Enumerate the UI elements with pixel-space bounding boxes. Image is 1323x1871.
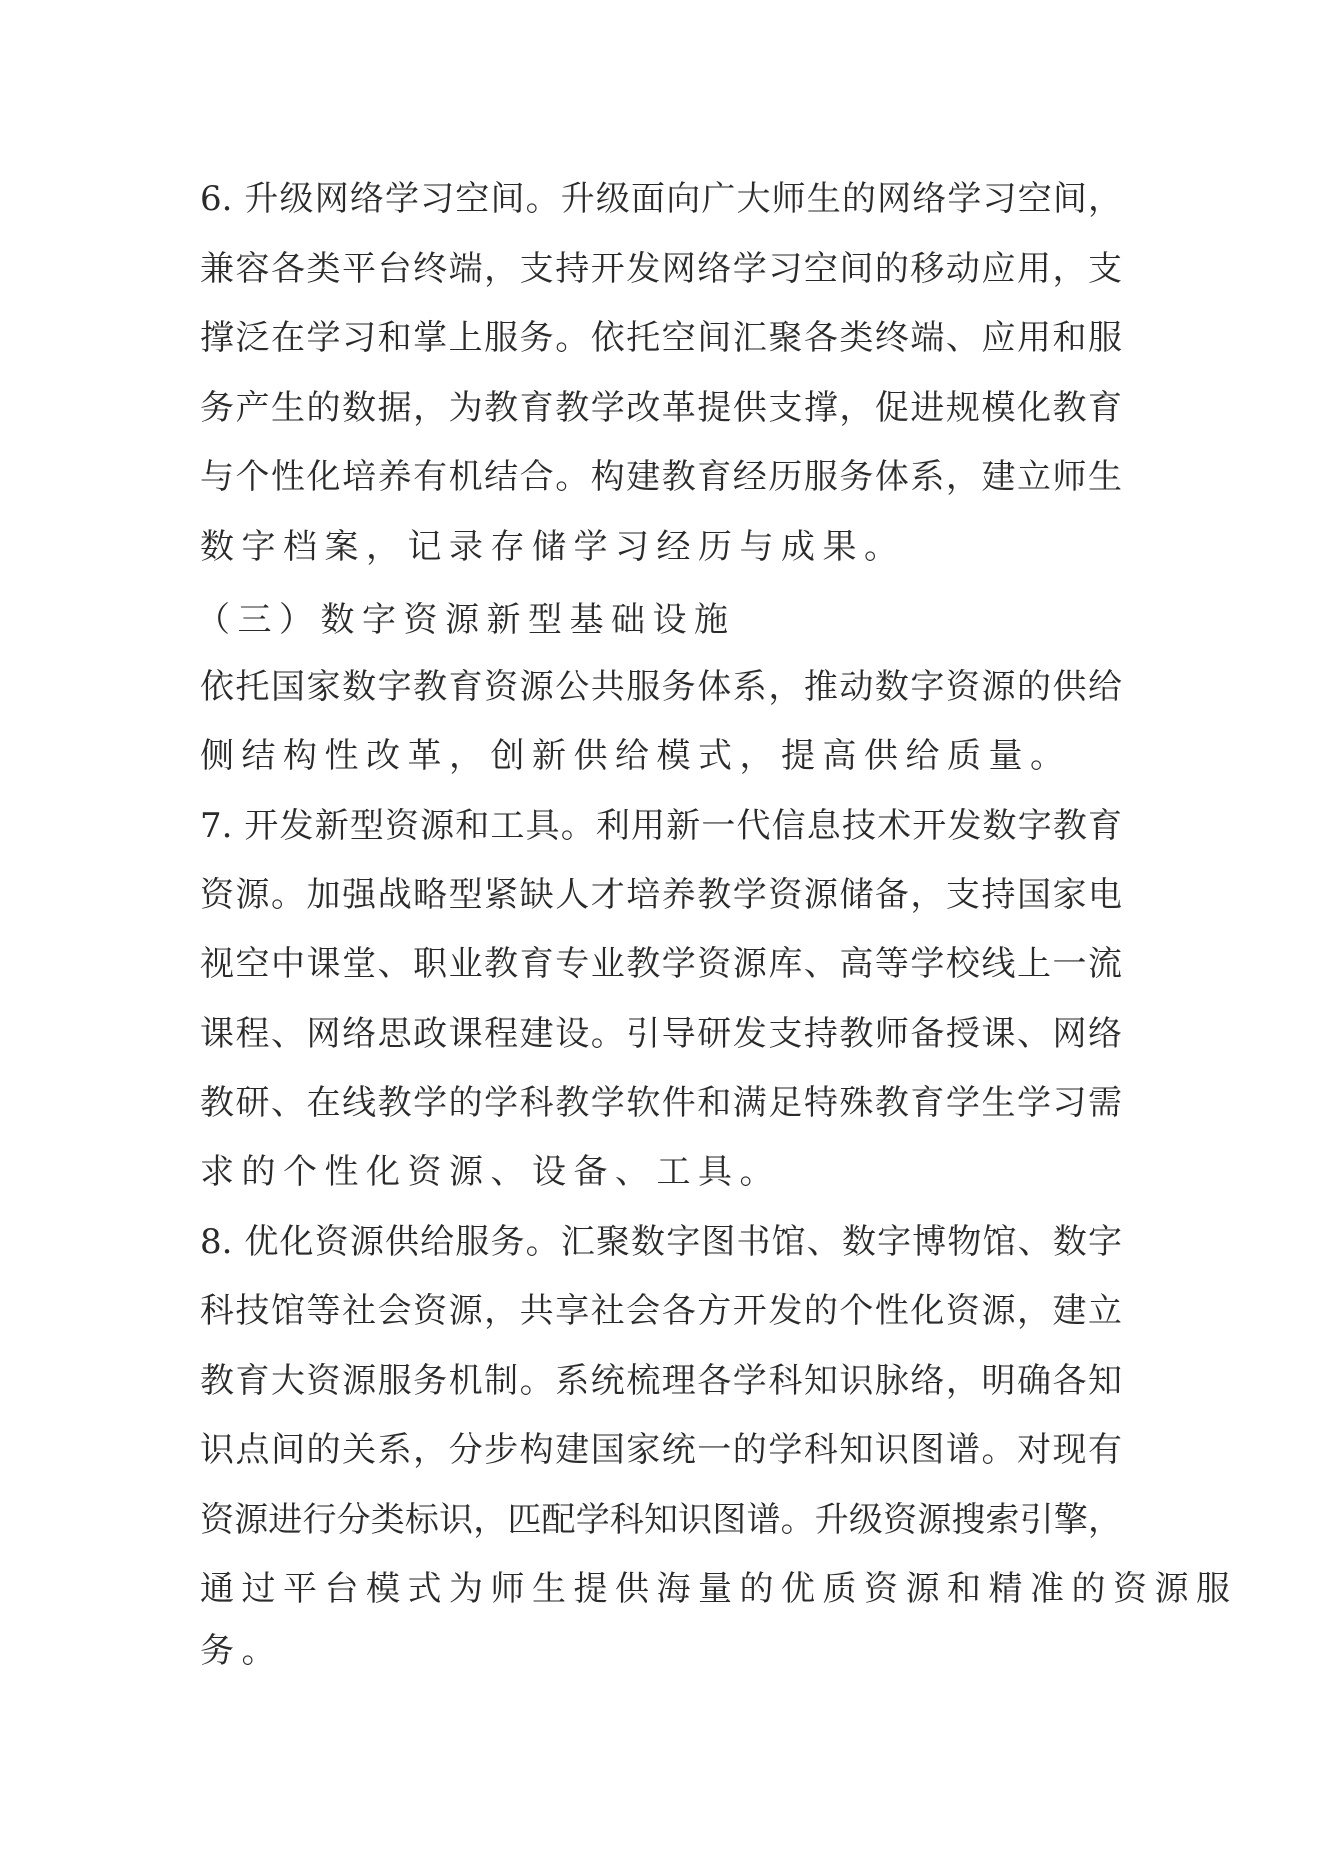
document-page: 6. 升级网络学习空间。升级面向广大师生的网络学习空间， 兼容各类平台终端，支持…: [0, 0, 1323, 1871]
text-line: 兼容各类平台终端，支持开发网络学习空间的移动应用，支: [200, 249, 1122, 289]
text-line: 侧结构性改革，创新供给模式，提高供给质量。: [200, 736, 1072, 776]
text-line: 教育大资源服务机制。系统梳理各学科知识脉络，明确各知: [200, 1361, 1122, 1401]
text-line: 资源进行分类标识，匹配学科知识图谱。升级资源搜索引擎，: [200, 1500, 1122, 1540]
text-line: 求的个性化资源、设备、工具。: [200, 1152, 781, 1192]
text-line: 资源。加强战略型紧缺人才培养教学资源储备，支持国家电: [200, 875, 1122, 915]
text-line: 识点间的关系，分步构建国家统一的学科知识图谱。对现有: [200, 1430, 1122, 1470]
text-line: 务产生的数据，为教育教学改革提供支撑，促进规模化教育: [200, 388, 1122, 428]
text-line: 依托国家数字教育资源公共服务体系，推动数字资源的供给: [200, 667, 1122, 707]
section-heading-text: （三）数字资源新型基础设施: [196, 600, 736, 640]
text-line: 课程、网络思政课程建设。引导研发支持教师备授课、网络: [200, 1014, 1122, 1054]
text-line: 视空中课堂、职业教育专业教学资源库、高等学校线上一流: [200, 944, 1122, 984]
text-line: 与个性化培养有机结合。构建教育经历服务体系，建立师生: [200, 457, 1122, 497]
text-line: 6. 升级网络学习空间。升级面向广大师生的网络学习空间，: [200, 179, 1122, 219]
text-line: 数字档案，记录存储学习经历与成果。: [200, 527, 906, 567]
text-line: 科技馆等社会资源，共享社会各方开发的个性化资源，建立: [200, 1291, 1122, 1331]
text-line: 通过平台模式为师生提供海量的优质资源和精准的资源服: [200, 1569, 1238, 1609]
text-line: 7. 开发新型资源和工具。利用新一代信息技术开发数字教育: [200, 806, 1122, 846]
text-line: 8. 优化资源供给服务。汇聚数字图书馆、数字博物馆、数字: [200, 1222, 1122, 1262]
text-line: 撑泛在学习和掌上服务。依托空间汇聚各类终端、应用和服: [200, 318, 1122, 358]
text-line: 教研、在线教学的学科教学软件和满足特殊教育学生学习需: [200, 1083, 1122, 1123]
text-line: 务。: [200, 1631, 283, 1671]
